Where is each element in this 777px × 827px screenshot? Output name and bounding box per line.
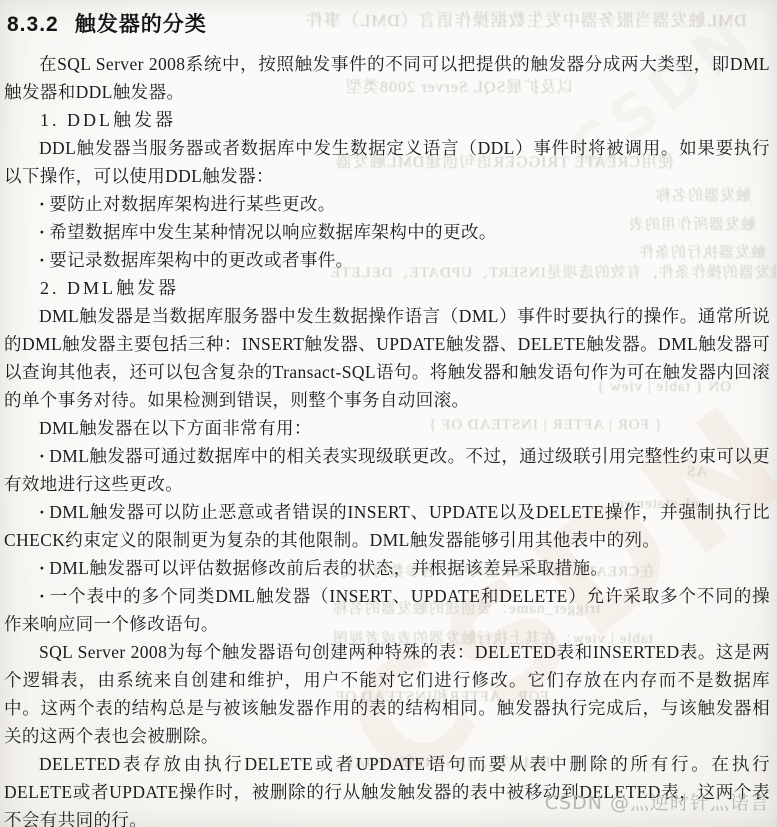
bullet-text: 一个表中的多个同类DML触发器（INSERT、UPDATE和DELETE）允许采… xyxy=(4,586,770,634)
paragraph: SQL Server 2008为每个触发器语句创建两种特殊的表：DELETED表… xyxy=(4,638,770,750)
bullet-text: DML触发器可以防止恶意或者错误的INSERT、UPDATE以及DELETE操作… xyxy=(4,502,770,550)
bullet-dot: · xyxy=(39,558,45,578)
scanned-book-page: { "heading": { "number": "8.3.2", "title… xyxy=(0,0,777,827)
bullet-text: 要防止对数据库架构进行某些更改。 xyxy=(49,194,335,214)
bullet-dot: · xyxy=(39,250,45,270)
bullet-dot: · xyxy=(39,222,45,242)
section-heading: 8.3.2触发器的分类 xyxy=(7,8,770,38)
bullet-item: ·DML触发器可以防止恶意或者错误的INSERT、UPDATE以及DELETE操… xyxy=(4,498,770,554)
paragraph: DML触发器在以下方面非常有用： xyxy=(4,414,770,442)
bullet-item: ·希望数据库中发生某种情况以响应数据库架构中的更改。 xyxy=(4,218,770,246)
section-title: 触发器的分类 xyxy=(75,13,207,36)
bullet-dot: · xyxy=(39,446,45,466)
csdn-watermark: CSDN @灬逆时针灬诺言 xyxy=(545,788,770,815)
bullet-text: DML触发器可通过数据库中的相关表实现级联更改。不过，通过级联引用完整性约束可以… xyxy=(4,446,770,494)
bullet-text: 要记录数据库架构中的更改或者事件。 xyxy=(49,250,353,270)
bullet-dot: · xyxy=(39,586,45,606)
section-number: 8.3.2 xyxy=(7,13,59,36)
bullet-item: ·一个表中的多个同类DML触发器（INSERT、UPDATE和DELETE）允许… xyxy=(4,582,770,638)
bullet-item: ·要防止对数据库架构进行某些更改。 xyxy=(4,190,770,218)
paragraph: 在SQL Server 2008系统中，按照触发事件的不同可以把提供的触发器分成… xyxy=(4,50,770,106)
bullet-item: ·要记录数据库架构中的更改或者事件。 xyxy=(4,246,770,274)
subheading-dml-trigger: 2. DML触发器 xyxy=(4,274,770,302)
subheading-ddl-trigger: 1. DDL触发器 xyxy=(4,106,770,134)
page-content: 8.3.2触发器的分类 在SQL Server 2008系统中，按照触发事件的不… xyxy=(0,0,777,827)
paragraph: DML触发器是当数据库服务器中发生数据操作语言（DML）事件时要执行的操作。通常… xyxy=(4,302,770,414)
bullet-dot: · xyxy=(39,194,45,214)
paragraph: DDL触发器当服务器或者数据库中发生数据定义语言（DDL）事件时将被调用。如果要… xyxy=(4,134,770,190)
bullet-item: ·DML触发器可通过数据库中的相关表实现级联更改。不过，通过级联引用完整性约束可… xyxy=(4,442,770,498)
page-background: CSDN CSDN DML触发器当服务器中发生数据操作语言（DML）事件 以及扩… xyxy=(0,0,777,827)
bullet-text: DML触发器可以评估数据修改前后表的状态，并根据该差异采取措施。 xyxy=(49,558,608,578)
bullet-item: ·DML触发器可以评估数据修改前后表的状态，并根据该差异采取措施。 xyxy=(4,554,770,582)
bullet-dot: · xyxy=(39,502,45,522)
bullet-text: 希望数据库中发生某种情况以响应数据库架构中的更改。 xyxy=(49,222,497,242)
